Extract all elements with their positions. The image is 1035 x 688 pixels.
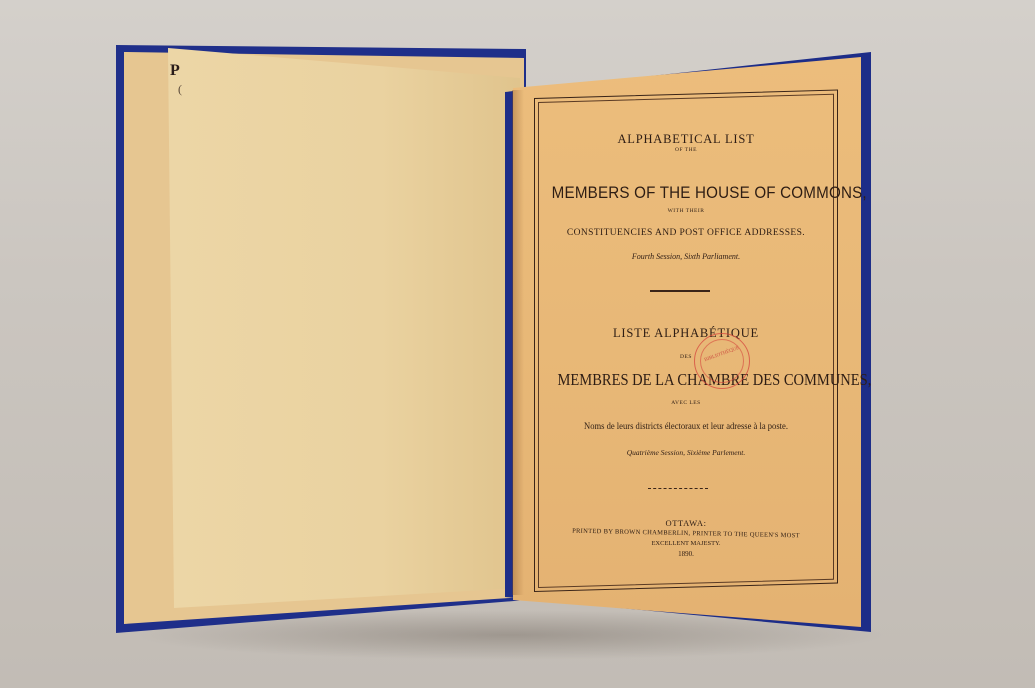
french-title: LISTE ALPHABÉTIQUE bbox=[540, 326, 832, 341]
dashed-divider bbox=[648, 488, 708, 489]
english-subtitle: CONSTITUENCIES AND POST OFFICE ADDRESSES… bbox=[540, 228, 832, 238]
french-des: DES bbox=[540, 354, 832, 360]
english-with-their: WITH THEIR bbox=[540, 208, 832, 214]
french-main-title: MEMBRES DE LA CHAMBRE DES COMMUNES, bbox=[558, 370, 815, 390]
english-main-title: MEMBERS OF THE HOUSE OF COMMONS, bbox=[552, 184, 821, 203]
french-avec-les: AVEC LES bbox=[540, 400, 832, 406]
title-page-content: ALPHABETICAL LIST OF THE MEMBERS OF THE … bbox=[540, 100, 832, 590]
french-subtitle: Noms de leurs districts électoraux et le… bbox=[555, 422, 818, 432]
stamp-text: BIBLIOTHÈQUE bbox=[696, 343, 748, 366]
imprint-printer-2: EXCELLENT MAJESTY. bbox=[540, 540, 832, 547]
imprint-year: 1890. bbox=[540, 550, 832, 558]
imprint-city: OTTAWA: bbox=[540, 518, 832, 528]
imprint-printer: PRINTED BY BROWN CHAMBERLIN, PRINTER TO … bbox=[540, 527, 832, 540]
divider-rule bbox=[650, 290, 710, 292]
english-session: Fourth Session, Sixth Parliament. bbox=[540, 252, 832, 261]
library-stamp: BIBLIOTHÈQUE bbox=[694, 333, 750, 389]
french-session: Quatrième Session, Sixième Parlement. bbox=[540, 448, 832, 457]
stub-subtext: ( bbox=[178, 82, 182, 97]
stub-text: P bbox=[170, 62, 180, 80]
english-title: ALPHABETICAL LIST bbox=[540, 132, 832, 147]
flyleaf-page bbox=[168, 48, 520, 608]
book-gutter bbox=[512, 90, 524, 595]
english-of-the: OF THE bbox=[540, 147, 832, 153]
